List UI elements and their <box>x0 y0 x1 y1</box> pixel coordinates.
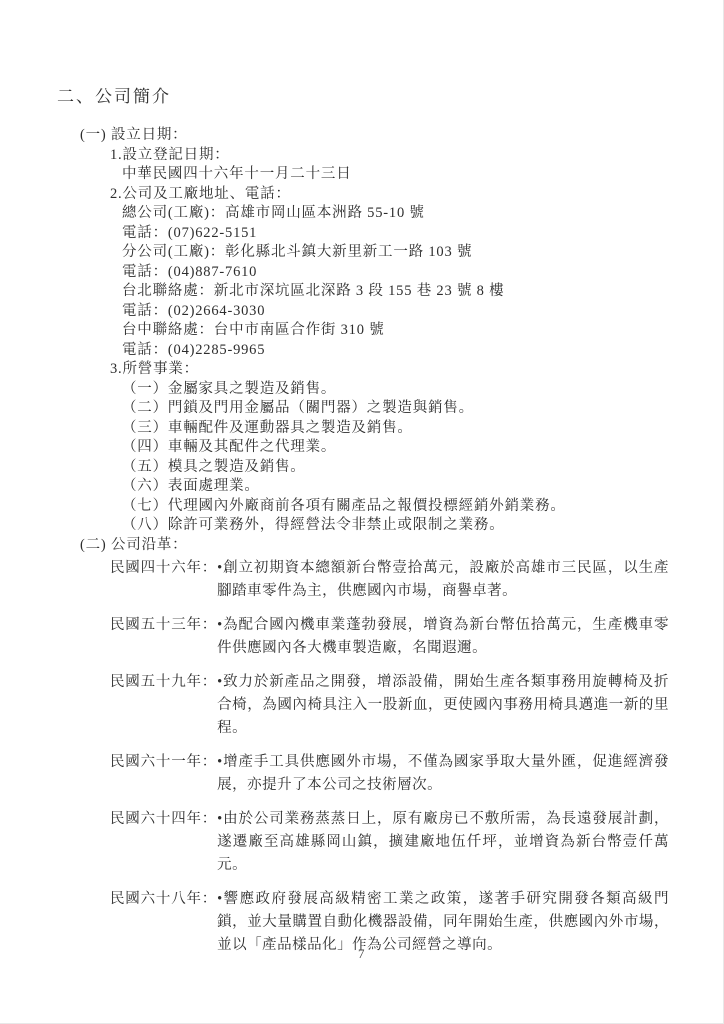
business-item: （七）代理國內外廠商前各項有關產品之報價投標經銷外銷業務。 <box>122 497 669 517</box>
taichung-office-phone: 電話：(04)2285-9965 <box>122 341 669 361</box>
address-phone-label: 2.公司及工廠地址、電話： <box>110 185 669 205</box>
history-text: •創立初期資本總額新台幣壹拾萬元，設廠於高雄市三民區，以生產腳踏車零件為主，供應… <box>217 557 669 603</box>
history-year: 民國四十六年： <box>110 557 217 603</box>
history-text: •致力於新產品之開發，增添設備，開始生產各類事務用旋轉椅及折合椅，為國內椅具注入… <box>217 671 669 740</box>
business-item: （四）車輛及其配件之代理業。 <box>122 438 669 458</box>
business-scope-label: 3.所營事業： <box>110 360 669 380</box>
business-item: （六）表面處理業。 <box>122 477 669 497</box>
history-year: 民國六十四年： <box>110 808 217 877</box>
history-entries: 民國四十六年： •創立初期資本總額新台幣壹拾萬元，設廠於高雄市三民區，以生產腳踏… <box>57 557 669 957</box>
business-item: （三）車輛配件及運動器具之製造及銷售。 <box>122 419 669 439</box>
history-entry: 民國四十六年： •創立初期資本總額新台幣壹拾萬元，設廠於高雄市三民區，以生產腳踏… <box>110 557 669 603</box>
business-item: （二）門鎖及門用金屬品（關門器）之製造與銷售。 <box>122 399 669 419</box>
taichung-office-address: 台中聯絡處：台中市南區合作街 310 號 <box>122 321 669 341</box>
history-text: •由於公司業務蒸蒸日上，原有廠房已不敷所需，為長遠發展計劃，遂遷廠至高雄縣岡山鎮… <box>217 808 669 877</box>
document-page: 二、公司簡介 (一) 設立日期： 1.設立登記日期： 中華民國四十六年十一月二十… <box>0 0 724 1024</box>
section1-heading: (一) 設立日期： <box>80 126 669 146</box>
history-year: 民國五十三年： <box>110 614 217 660</box>
head-office-phone: 電話：(07)622-5151 <box>122 224 669 244</box>
history-year: 民國五十九年： <box>110 671 217 740</box>
history-text: •增產手工具供應國外市場，不僅為國家爭取大量外匯，促進經濟發展，亦提升了本公司之… <box>217 751 669 797</box>
business-item: （五）模具之製造及銷售。 <box>122 458 669 478</box>
history-text: •為配合國內機車業蓬勃發展，增資為新台幣伍拾萬元，生產機車零件供應國內各大機車製… <box>217 614 669 660</box>
taipei-office-phone: 電話：(02)2664-3030 <box>122 302 669 322</box>
taipei-office-address: 台北聯絡處：新北市深坑區北深路 3 段 155 巷 23 號 8 樓 <box>122 282 669 302</box>
history-entry: 民國五十三年： •為配合國內機車業蓬勃發展，增資為新台幣伍拾萬元，生產機車零件供… <box>110 614 669 660</box>
history-entry: 民國五十九年： •致力於新產品之開發，增添設備，開始生產各類事務用旋轉椅及折合椅… <box>110 671 669 740</box>
history-entry: 民國六十一年： •增產手工具供應國外市場，不僅為國家爭取大量外匯，促進經濟發展，… <box>110 751 669 797</box>
head-office-address: 總公司(工廠)：高雄市岡山區本洲路 55-10 號 <box>122 204 669 224</box>
page-number: 7 <box>0 946 723 962</box>
branch-office-address: 分公司(工廠)：彰化縣北斗鎮大新里新工一路 103 號 <box>122 243 669 263</box>
business-item: （一）金屬家具之製造及銷售。 <box>122 380 669 400</box>
page-title: 二、公司簡介 <box>57 86 669 108</box>
registration-date-value: 中華民國四十六年十一月二十三日 <box>122 165 669 185</box>
history-year: 民國六十一年： <box>110 751 217 797</box>
history-entry: 民國六十四年： •由於公司業務蒸蒸日上，原有廠房已不敷所需，為長遠發展計劃，遂遷… <box>110 808 669 877</box>
branch-office-phone: 電話：(04)887-7610 <box>122 263 669 283</box>
registration-date-label: 1.設立登記日期： <box>110 146 669 166</box>
business-item: （八）除許可業務外，得經營法令非禁止或限制之業務。 <box>122 516 669 536</box>
section2-heading: (二) 公司沿革： <box>80 536 669 556</box>
section-establishment: (一) 設立日期： 1.設立登記日期： 中華民國四十六年十一月二十三日 2.公司… <box>57 126 669 536</box>
section-company-history: (二) 公司沿革： 民國四十六年： •創立初期資本總額新台幣壹拾萬元，設廠於高雄… <box>57 536 669 958</box>
